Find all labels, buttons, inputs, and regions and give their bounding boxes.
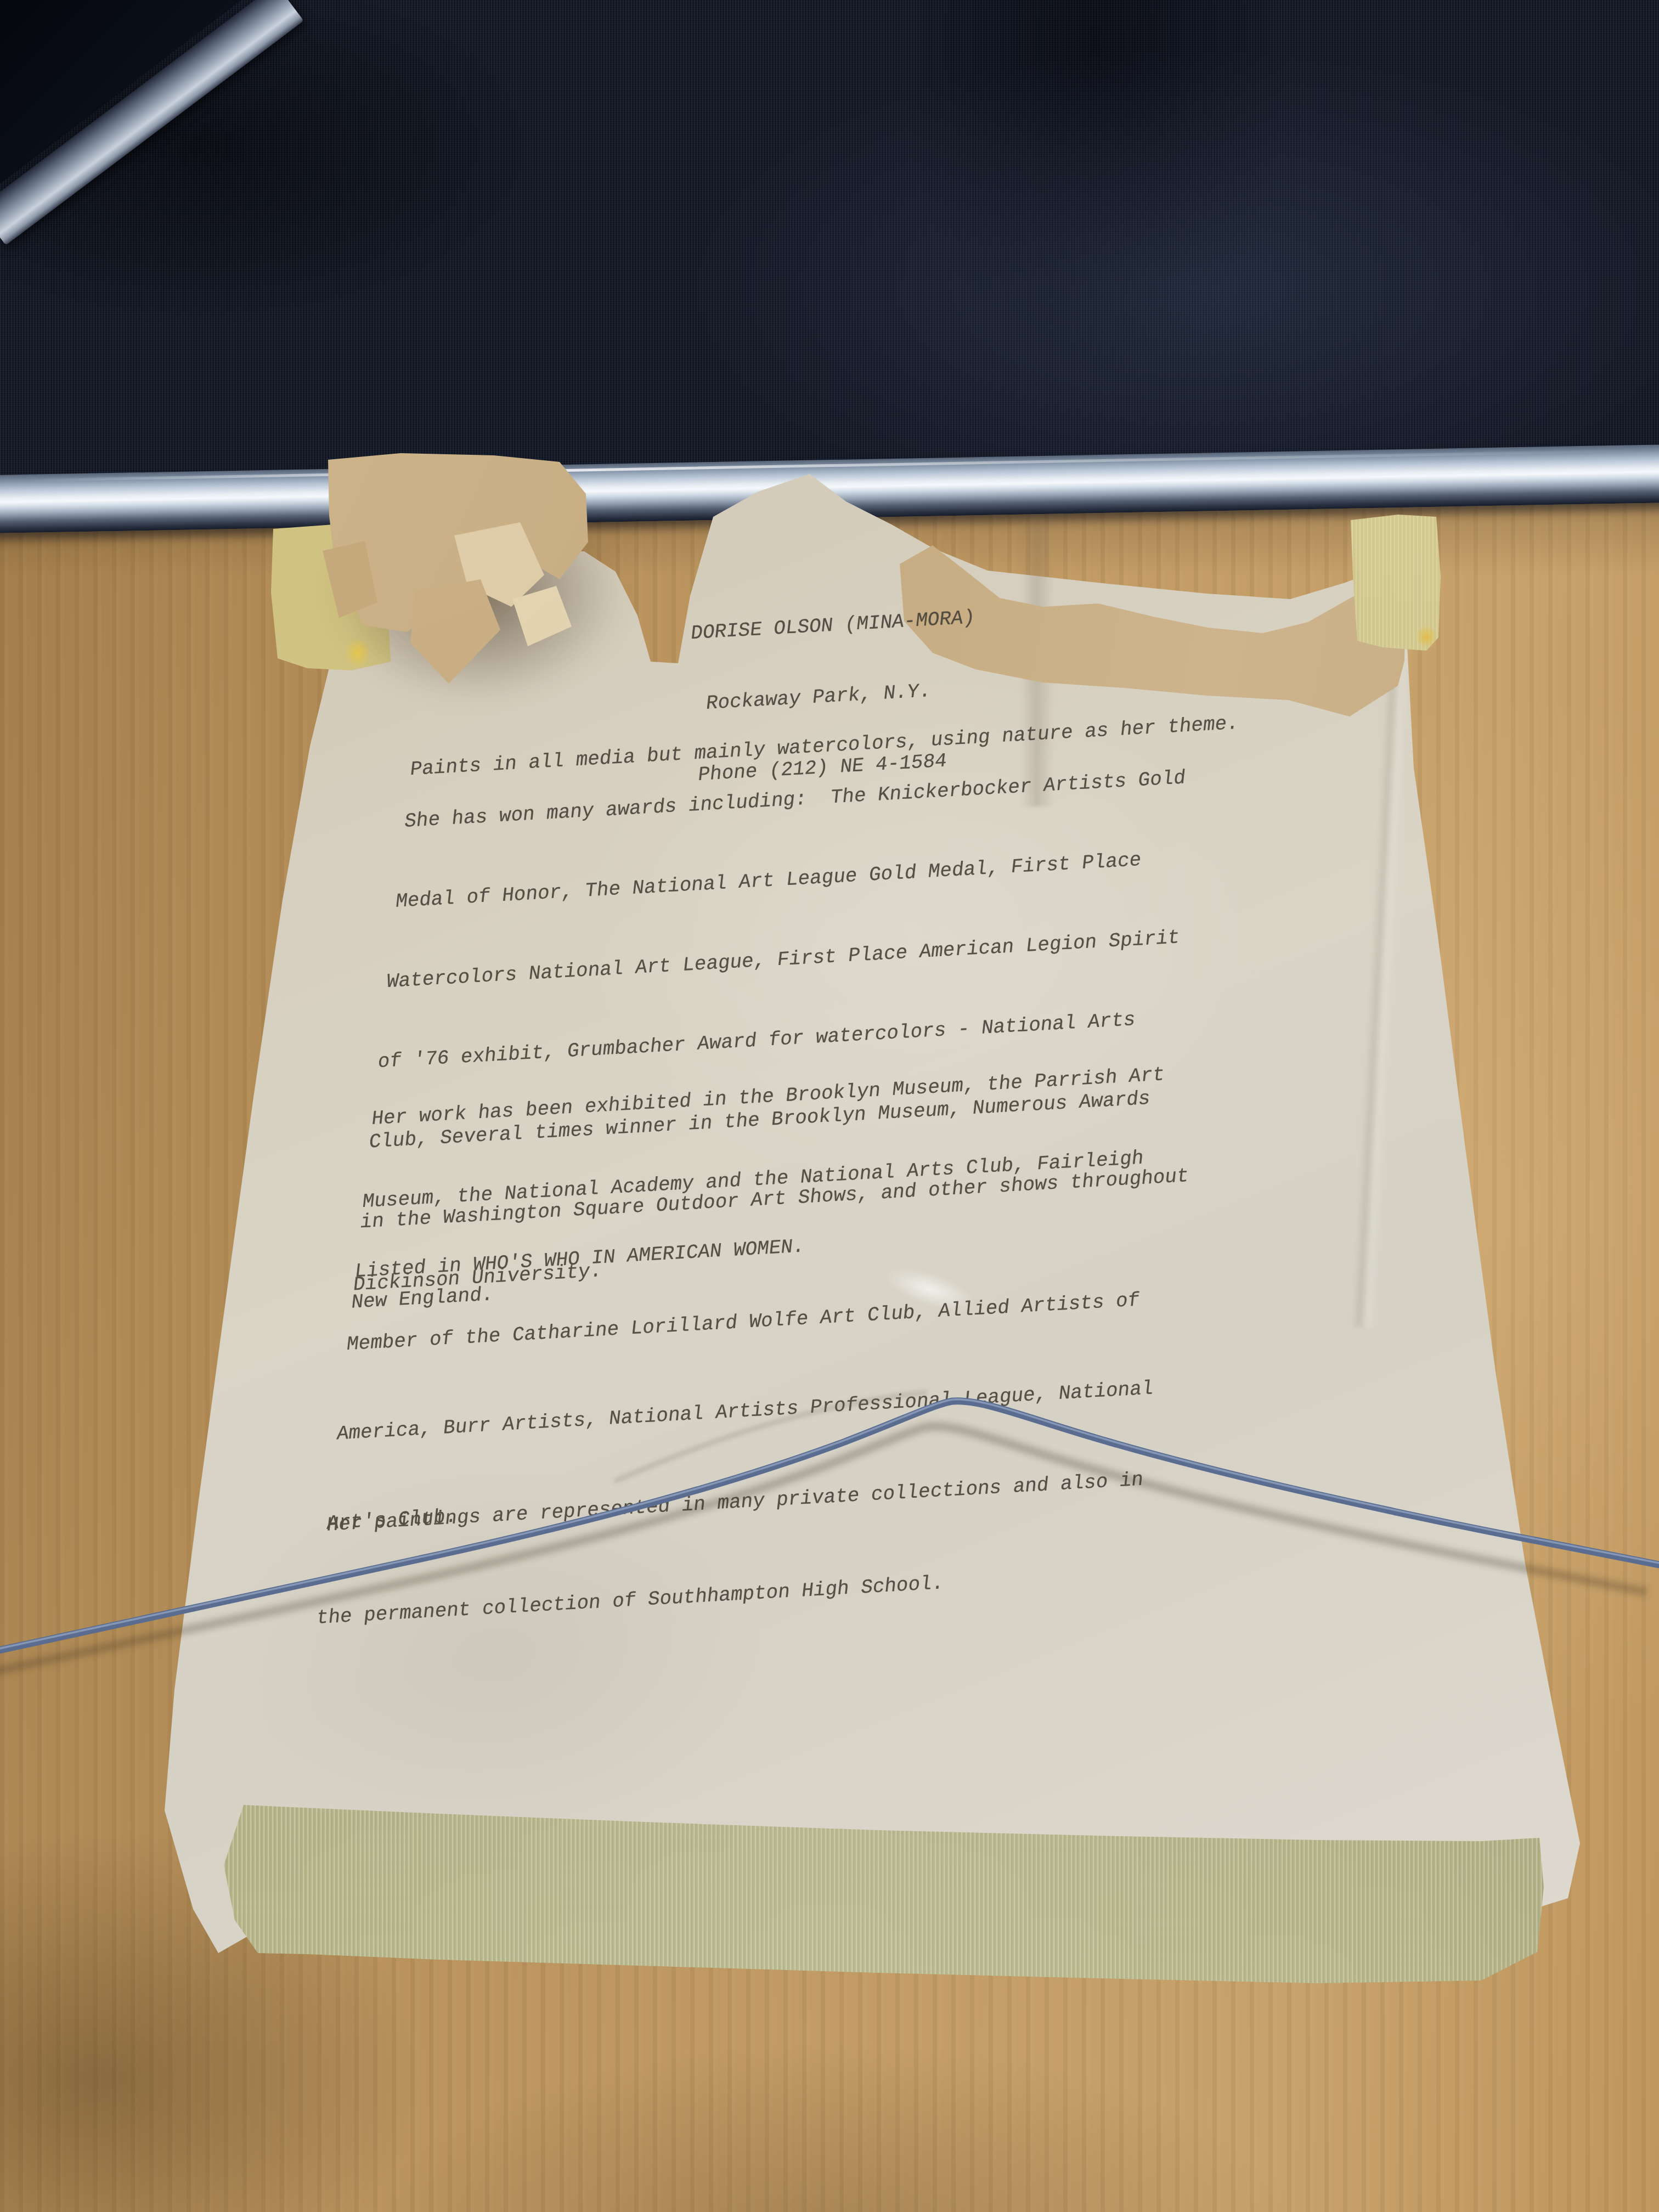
photo-vignette <box>0 0 1659 2212</box>
photo-back-of-frame: DORISE OLSON (MINA-MORA) Rockaway Park, … <box>0 0 1659 2212</box>
